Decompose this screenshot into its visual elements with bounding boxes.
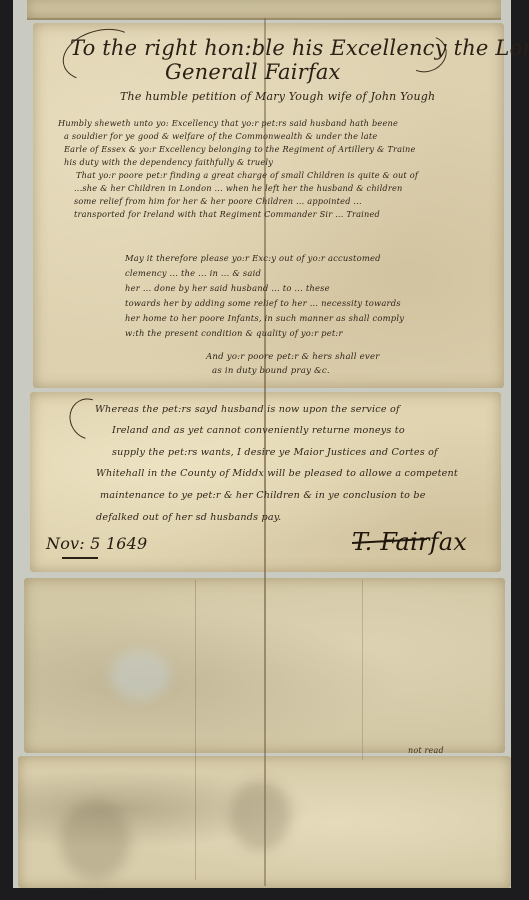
order-line: supply the pet:rs wants, I desire ye Mai… (112, 447, 438, 458)
petition-body-line: some relief from him for her & her poore… (74, 196, 362, 206)
closing-line-1: And yo:r poore pet:r & hers shall ever (206, 352, 380, 362)
petition-body-line: Earle of Essex & yo:r Excellency belongi… (64, 144, 416, 154)
order-line: maintenance to ye pet:r & her Children &… (100, 490, 426, 501)
prayer-line: w:th the present condition & quality of … (125, 328, 343, 338)
order-line: Ireland and as yet cannot conveniently r… (112, 425, 405, 436)
prayer-line: her home to her poore Infants, in such m… (125, 313, 404, 323)
paper-stain (60, 800, 130, 880)
petition-body-line: That yo:r poore pet:r finding a great ch… (76, 170, 418, 180)
petition-body-line: transported for Ireland with that Regime… (74, 209, 380, 219)
petition-body-line: his duty with the dependency faithfully … (64, 157, 273, 167)
address-line-1: To the right hon:ble his Excellency the … (70, 36, 529, 60)
order-line: defalked out of her sd husbands pay. (96, 512, 281, 523)
fold-line-vertical (362, 580, 363, 760)
prayer-line: her ... done by her said husband ... to … (125, 283, 330, 293)
order-line: Whereas the pet:rs sayd husband is now u… (95, 404, 400, 415)
fold-line-vertical (195, 580, 196, 880)
petition-heading: The humble petition of Mary Yough wife o… (120, 90, 435, 103)
prayer-line: towards her by adding some relief to her… (125, 298, 401, 308)
petition-body-line: Humbly sheweth unto yo: Excellency that … (58, 118, 398, 128)
date-underline (62, 557, 98, 559)
closing-line-2: as in duty bound pray &c. (212, 366, 330, 376)
order-date: Nov: 5 1649 (46, 534, 147, 553)
address-line-2: Generall Fairfax (165, 60, 341, 84)
endorsement-note: not read (408, 746, 444, 755)
paper-stain (110, 650, 170, 700)
petition-body-line: ...she & her Children in London ... when… (74, 183, 403, 193)
paper-top-strip (27, 0, 501, 20)
order-line: Whitehall in the County of Middx will be… (96, 468, 458, 479)
paper-stain (230, 780, 290, 850)
prayer-line: clemency ... the ... in ... & said (125, 268, 261, 278)
petition-body-line: a souldier for ye good & welfare of the … (64, 131, 377, 141)
prayer-line: May it therefore please yo:r Exc:y out o… (125, 253, 381, 263)
